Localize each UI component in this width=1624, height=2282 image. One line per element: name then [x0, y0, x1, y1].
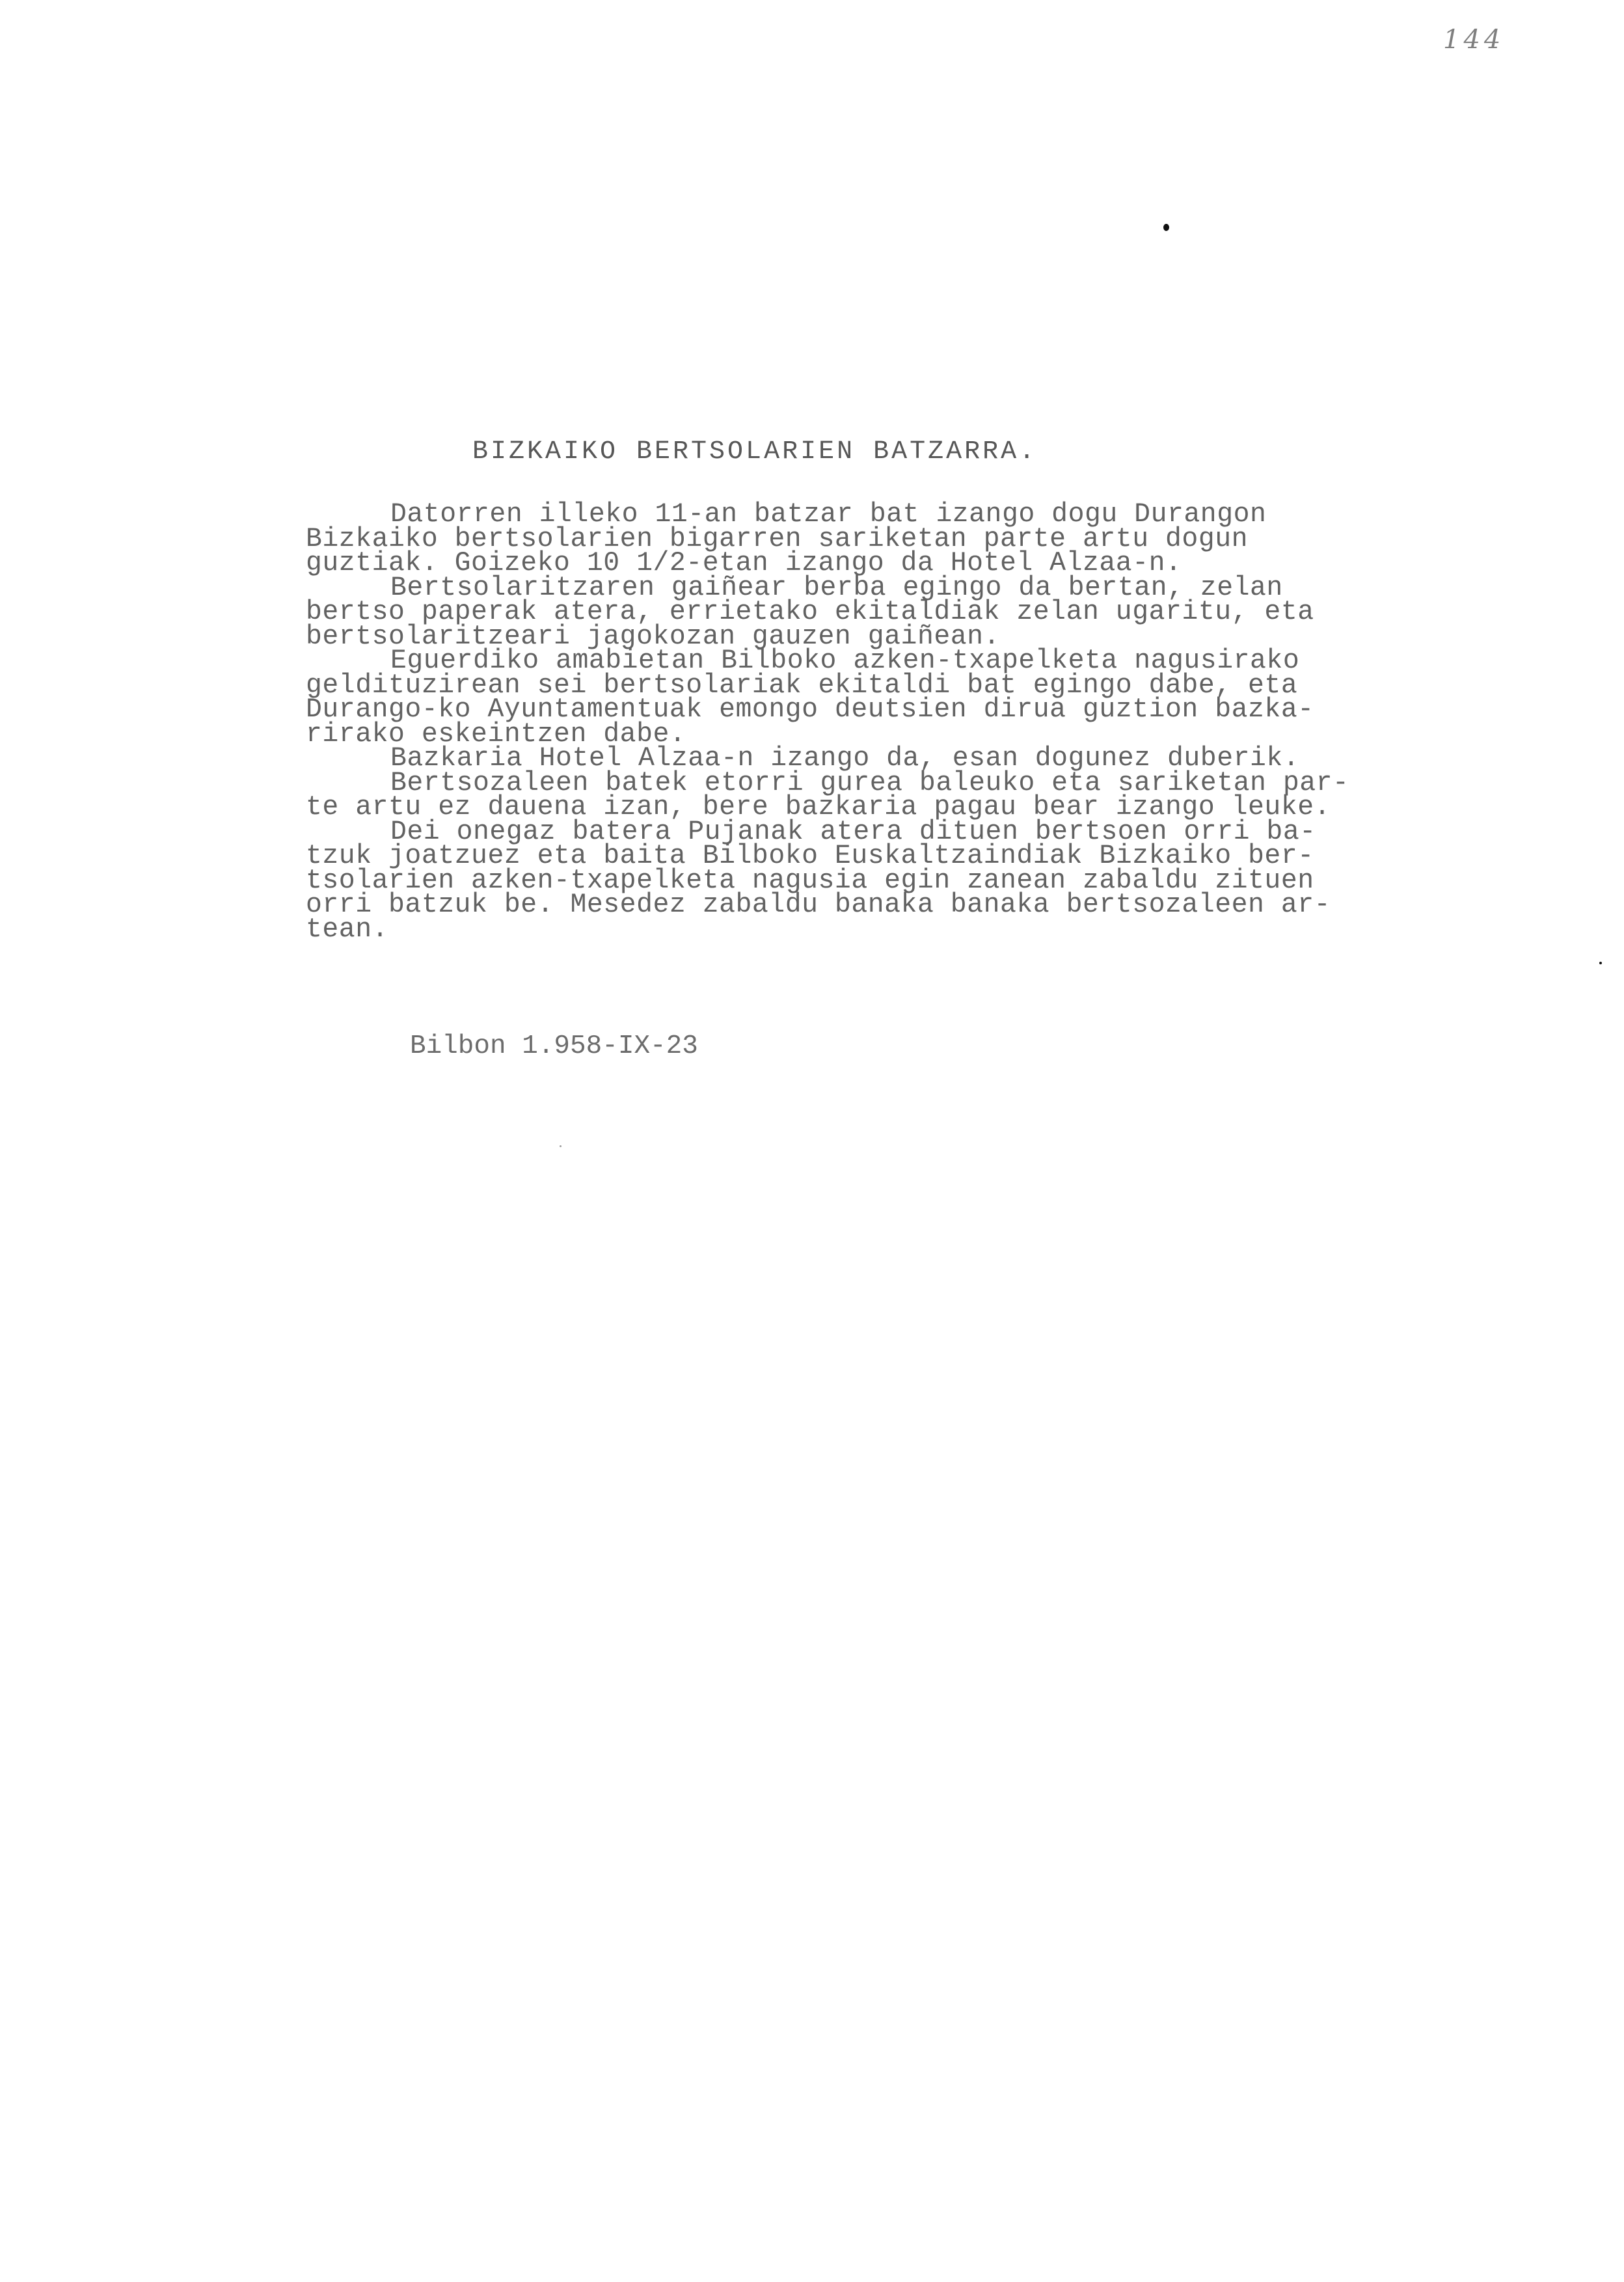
body-line: tzuk joatzuez eta baita Bilboko Euskaltz…: [306, 844, 1477, 869]
ink-speck: [1163, 224, 1169, 231]
body-line: Bazkaria Hotel Alzaa-n izango da, esan d…: [306, 746, 1477, 771]
body-line: te artu ez dauena izan, bere bazkaria pa…: [306, 795, 1477, 820]
body-line: orri batzuk be. Mesedez zabaldu banaka b…: [306, 893, 1477, 917]
handwritten-page-number: 144: [1443, 25, 1504, 55]
ink-speck: [1599, 962, 1602, 964]
document-title: BIZKAIKO BERTSOLARIEN BATZARRA.: [472, 437, 1037, 467]
body-line: Durango-ko Ayuntamentuak emongo deutsien…: [306, 698, 1477, 722]
body-line: guztiak. Goizeko 10 1/2-etan izango da H…: [306, 551, 1477, 576]
scanned-page: 144 BIZKAIKO BERTSOLARIEN BATZARRA. Dato…: [0, 0, 1624, 2282]
date-line: Bilbon 1.958-IX-23: [410, 1031, 698, 1061]
body-line: tean.: [306, 917, 1477, 942]
document-body: Datorren illeko 11-an batzar bat izango …: [306, 502, 1477, 942]
ink-speck: [560, 1145, 562, 1147]
body-line: bertso paperak atera, errietako ekitaldi…: [306, 600, 1477, 625]
body-line: Datorren illeko 11-an batzar bat izango …: [306, 502, 1477, 527]
body-line: Eguerdiko amabietan Bilboko azken-txapel…: [306, 649, 1477, 673]
